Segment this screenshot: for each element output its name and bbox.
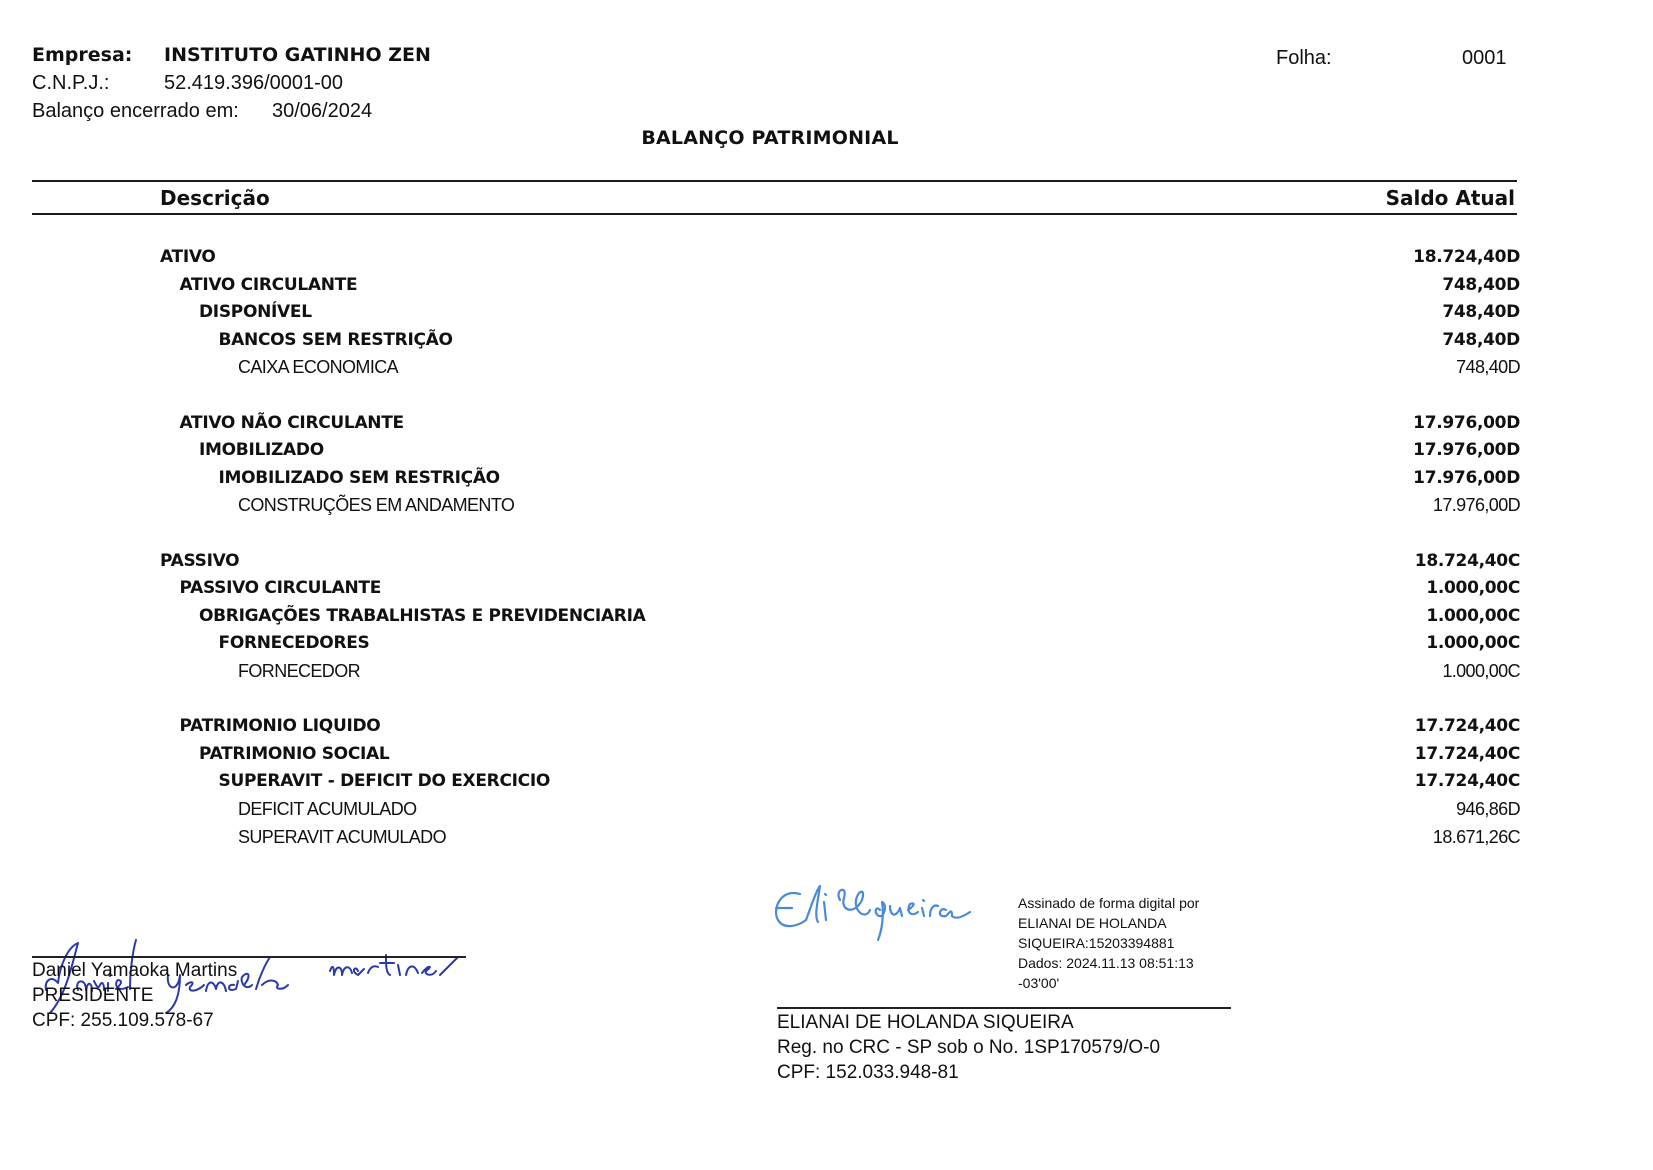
- row-description: ATIVO CIRCULANTE: [180, 275, 358, 295]
- stamp-line: ELIANAI DE HOLANDA: [1018, 913, 1199, 933]
- folha-number: 0001: [1462, 47, 1507, 70]
- table-row: OBRIGAÇÕES TRABALHISTAS E PREVIDENCIARIA…: [0, 606, 1520, 632]
- table-row: CAIXA ECONOMICA748,40D: [0, 357, 1520, 383]
- row-description: CAIXA ECONOMICA: [238, 357, 398, 378]
- handwritten-signature-elianai: [770, 880, 1010, 960]
- column-header-descricao: Descrição: [160, 186, 270, 210]
- row-description: BANCOS SEM RESTRIÇÃO: [219, 330, 453, 350]
- table-row: ATIVO NÃO CIRCULANTE17.976,00D: [0, 413, 1520, 439]
- row-saldo: 946,86D: [1456, 799, 1520, 820]
- row-description: FORNECEDOR: [238, 661, 360, 682]
- digital-signature-stamp: Assinado de forma digital por ELIANAI DE…: [1018, 893, 1199, 993]
- stamp-line: Dados: 2024.11.13 08:51:13: [1018, 953, 1199, 973]
- signature-line-right: [777, 1007, 1231, 1009]
- row-description: DISPONÍVEL: [199, 302, 312, 322]
- row-saldo: 1.000,00C: [1426, 606, 1520, 626]
- row-description: PASSIVO CIRCULANTE: [180, 578, 382, 598]
- signer-name-right: ELIANAI DE HOLANDA SIQUEIRA: [777, 1010, 1074, 1036]
- row-description: SUPERAVIT - DEFICIT DO EXERCICIO: [219, 771, 551, 791]
- row-saldo: 748,40D: [1456, 357, 1520, 378]
- signer-cpf-right: CPF: 152.033.948-81: [777, 1060, 959, 1086]
- empresa-value: INSTITUTO GATINHO ZEN: [164, 44, 431, 66]
- table-row: FORNECEDORES1.000,00C: [0, 633, 1520, 659]
- row-description: ATIVO NÃO CIRCULANTE: [180, 413, 404, 433]
- encerrado-date: 30/06/2024: [272, 100, 372, 123]
- table-row: ATIVO CIRCULANTE748,40D: [0, 275, 1520, 301]
- table-row: PATRIMONIO LIQUIDO17.724,40C: [0, 716, 1520, 742]
- folha-label: Folha:: [1276, 47, 1332, 70]
- row-saldo: 748,40D: [1442, 330, 1520, 350]
- encerrado-label: Balanço encerrado em:: [32, 100, 239, 123]
- row-saldo: 748,40D: [1442, 275, 1520, 295]
- empresa-label: Empresa:: [32, 44, 132, 66]
- table-row: IMOBILIZADO SEM RESTRIÇÃO17.976,00D: [0, 468, 1520, 494]
- table-row: DEFICIT ACUMULADO946,86D: [0, 799, 1520, 825]
- table-row: PATRIMONIO SOCIAL17.724,40C: [0, 744, 1520, 770]
- table-row: PASSIVO CIRCULANTE1.000,00C: [0, 578, 1520, 604]
- row-description: IMOBILIZADO: [199, 440, 324, 460]
- row-saldo: 17.976,00D: [1413, 413, 1520, 433]
- table-row: BANCOS SEM RESTRIÇÃO748,40D: [0, 330, 1520, 356]
- table-top-rule: [32, 180, 1517, 182]
- row-saldo: 18.671,26C: [1433, 827, 1520, 848]
- row-description: PASSIVO: [160, 551, 239, 571]
- row-description: DEFICIT ACUMULADO: [238, 799, 417, 820]
- table-row: CONSTRUÇÕES EM ANDAMENTO17.976,00D: [0, 495, 1520, 521]
- row-saldo: 1.000,00C: [1426, 633, 1520, 653]
- row-saldo: 1.000,00C: [1426, 578, 1520, 598]
- row-saldo: 17.976,00D: [1413, 468, 1520, 488]
- row-description: SUPERAVIT ACUMULADO: [238, 827, 446, 848]
- table-row: DISPONÍVEL748,40D: [0, 302, 1520, 328]
- row-description: FORNECEDORES: [219, 633, 370, 653]
- table-row: FORNECEDOR1.000,00C: [0, 661, 1520, 687]
- row-saldo: 17.976,00D: [1433, 495, 1520, 516]
- stamp-line: Assinado de forma digital por: [1018, 893, 1199, 913]
- table-header-bottom-rule: [32, 213, 1517, 215]
- table-row: IMOBILIZADO17.976,00D: [0, 440, 1520, 466]
- row-saldo: 17.724,40C: [1415, 771, 1520, 791]
- column-header-saldo-atual: Saldo Atual: [1386, 186, 1515, 210]
- row-description: PATRIMONIO SOCIAL: [199, 744, 389, 764]
- table-row: PASSIVO18.724,40C: [0, 551, 1520, 577]
- row-description: PATRIMONIO LIQUIDO: [180, 716, 381, 736]
- signer-registration-right: Reg. no CRC - SP sob o No. 1SP170579/O-0: [777, 1035, 1160, 1061]
- table-row: SUPERAVIT ACUMULADO18.671,26C: [0, 827, 1520, 853]
- cnpj-value: 52.419.396/0001-00: [164, 72, 343, 95]
- signer-cpf-left: CPF: 255.109.578-67: [32, 1008, 214, 1034]
- signer-name-left: Daniel Yamaoka Martins: [32, 958, 237, 984]
- row-saldo: 18.724,40D: [1413, 247, 1520, 267]
- page-title: BALANÇO PATRIMONIAL: [0, 127, 1540, 149]
- row-saldo: 17.724,40C: [1415, 716, 1520, 736]
- cnpj-label: C.N.P.J.:: [32, 72, 109, 95]
- row-saldo: 748,40D: [1442, 302, 1520, 322]
- table-row: ATIVO18.724,40D: [0, 247, 1520, 273]
- row-saldo: 1.000,00C: [1442, 661, 1520, 682]
- row-saldo: 18.724,40C: [1415, 551, 1520, 571]
- row-description: IMOBILIZADO SEM RESTRIÇÃO: [219, 468, 500, 488]
- signer-role-left: PRESIDENTE: [32, 983, 153, 1009]
- stamp-line: SIQUEIRA:15203394881: [1018, 933, 1199, 953]
- row-description: OBRIGAÇÕES TRABALHISTAS E PREVIDENCIARIA: [199, 606, 645, 626]
- stamp-line: -03'00': [1018, 973, 1199, 993]
- row-saldo: 17.724,40C: [1415, 744, 1520, 764]
- row-saldo: 17.976,00D: [1413, 440, 1520, 460]
- row-description: CONSTRUÇÕES EM ANDAMENTO: [238, 495, 514, 516]
- table-row: SUPERAVIT - DEFICIT DO EXERCICIO17.724,4…: [0, 771, 1520, 797]
- row-description: ATIVO: [160, 247, 216, 267]
